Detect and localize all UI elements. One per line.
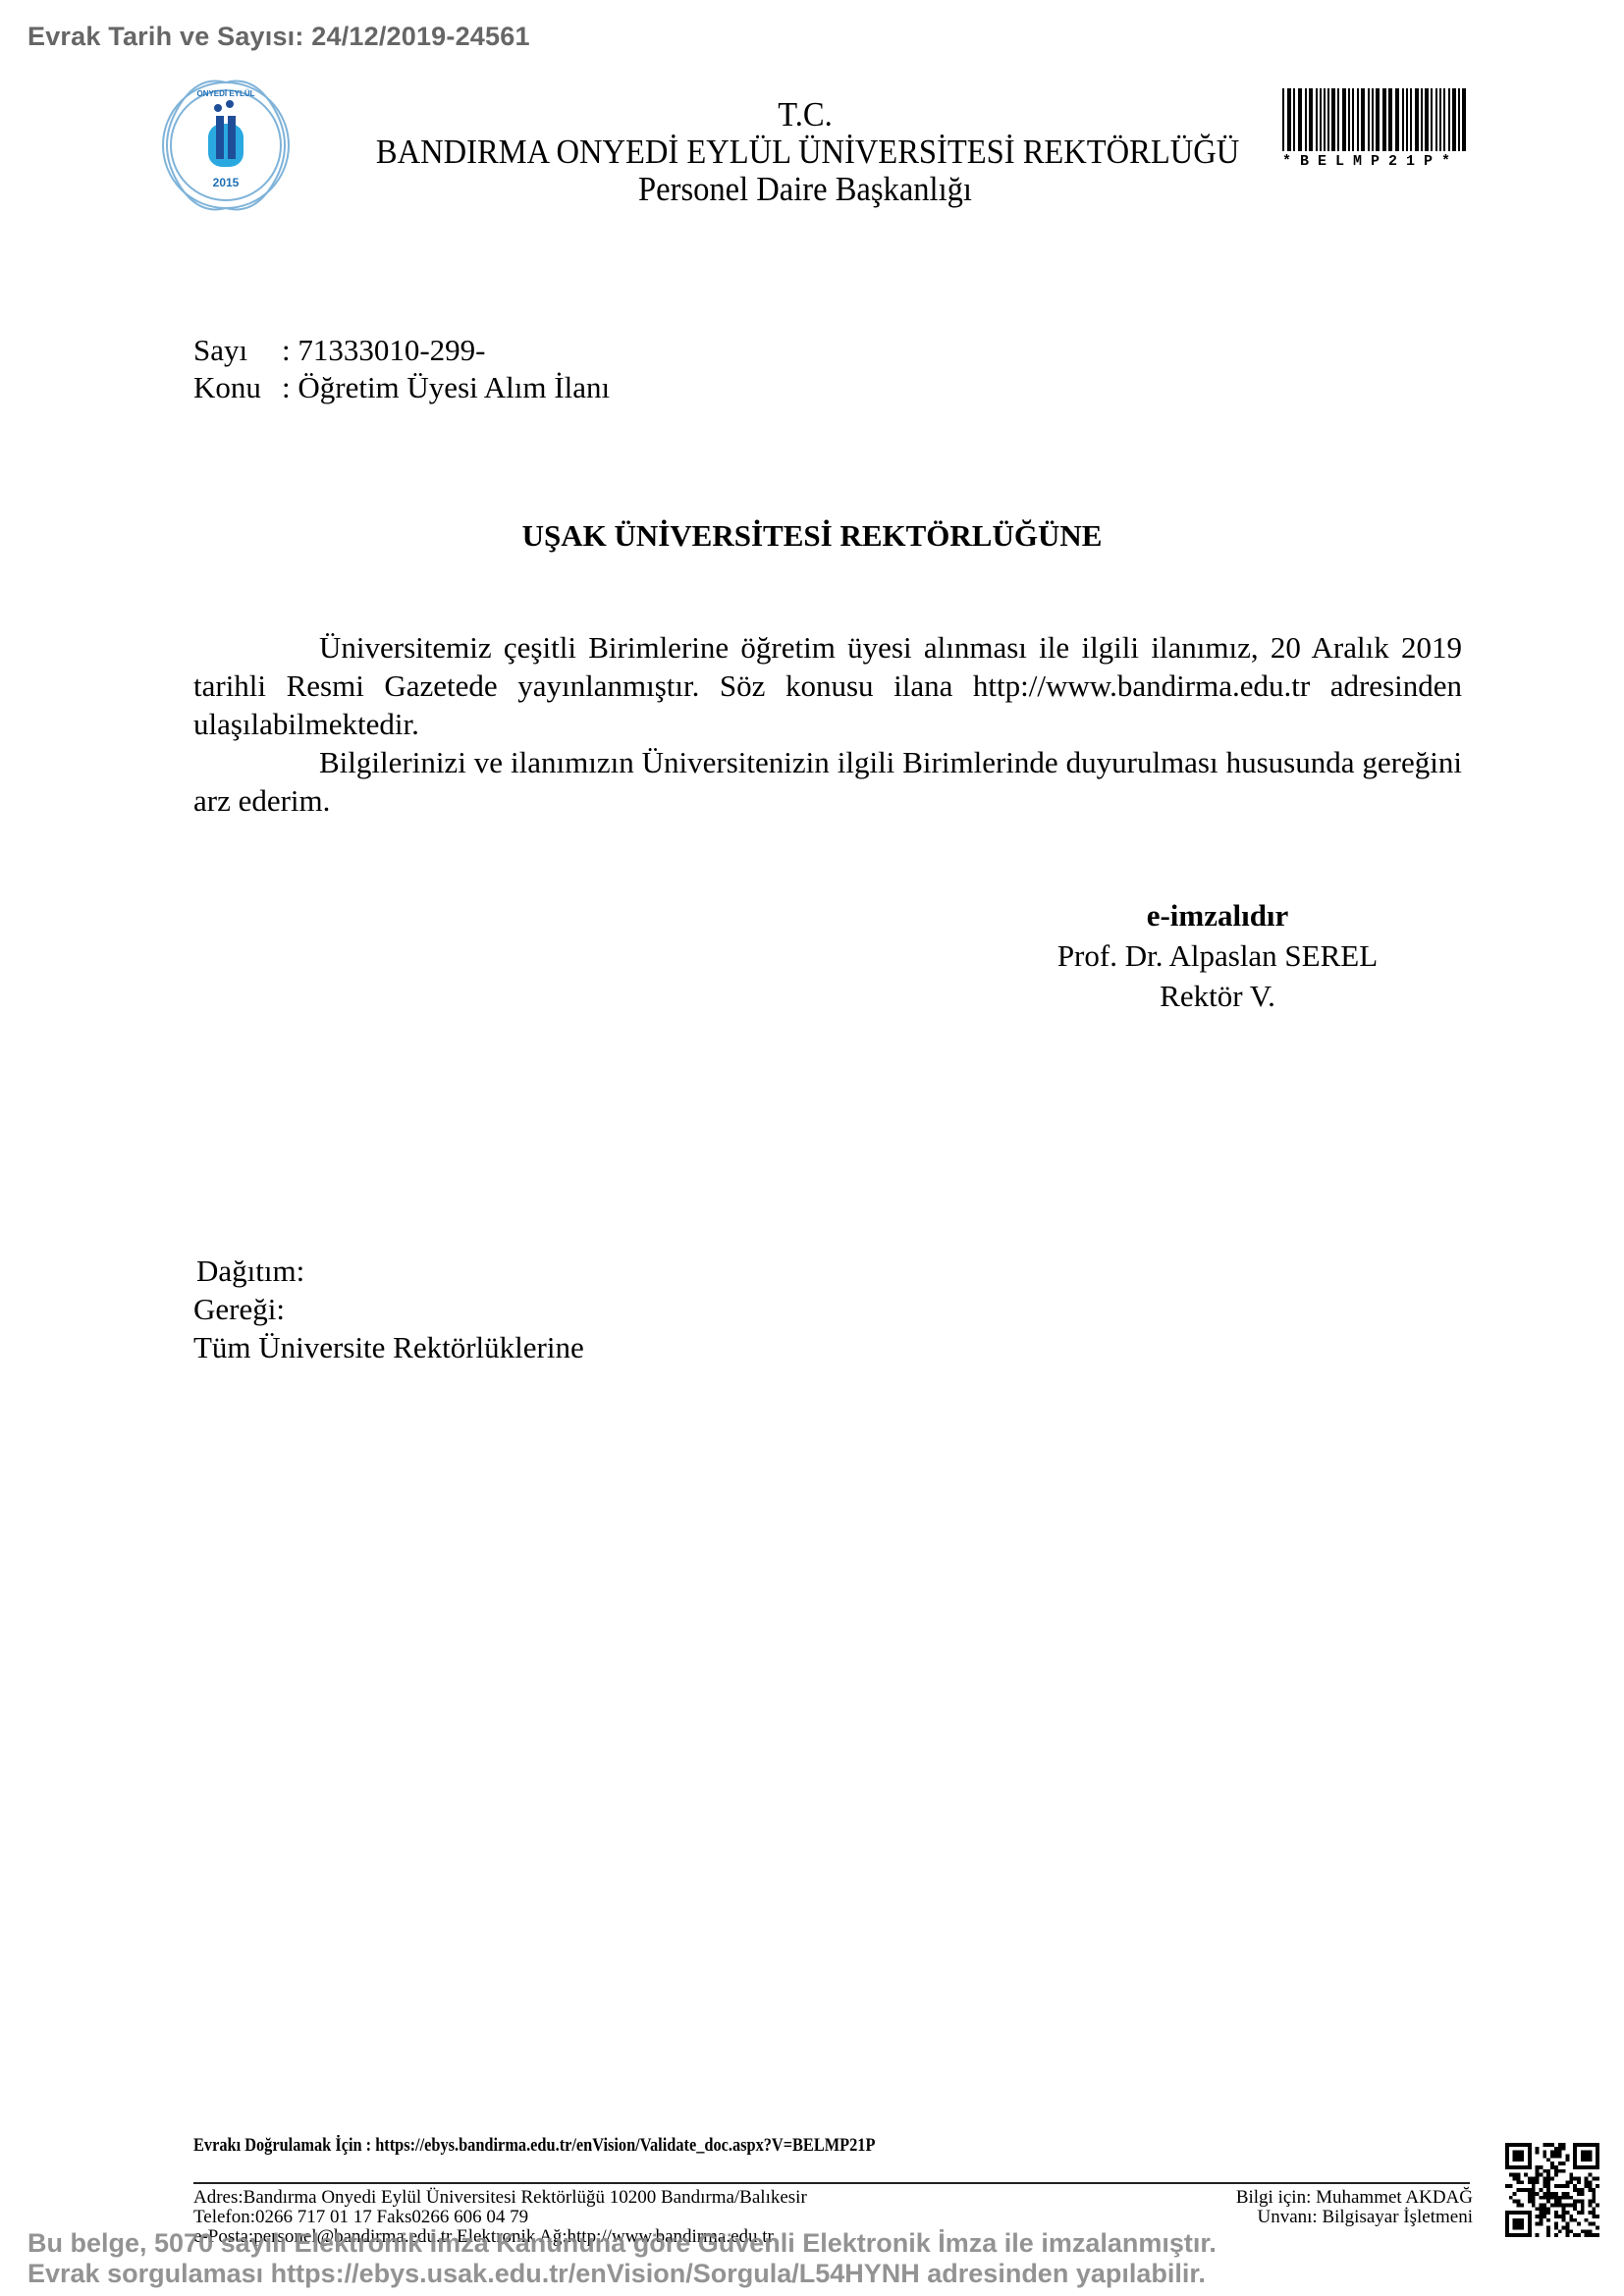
header-department: Personel Daire Başkanlığı — [376, 171, 1234, 208]
footer-divider — [193, 2182, 1470, 2184]
info-title: Unvanı: Bilgisayar İşletmeni — [1080, 2208, 1473, 2227]
body-paragraph: Bilgilerinizi ve ilanımızın Üniversiteni… — [193, 743, 1462, 820]
esignature-notice: Bu belge, 5070 sayılı Elektronik İmza Ka… — [27, 2228, 1217, 2289]
letter-body: Üniversitemiz çeşitli Birimlerine öğreti… — [193, 628, 1462, 820]
document-query-link[interactable]: Evrak sorgulaması https://ebys.usak.edu.… — [27, 2259, 1217, 2289]
sayi-label: Sayı — [193, 332, 282, 369]
distribution-label: Dağıtım: — [196, 1252, 584, 1290]
qr-code-icon — [1505, 2143, 1599, 2237]
signatory-title: Rektör V. — [1021, 976, 1414, 1016]
konu-label: Konu — [193, 369, 282, 406]
info-contact: Bilgi için: Muhammet AKDAĞ — [1080, 2188, 1473, 2208]
barcode-icon: *BELMP21P* — [1282, 88, 1498, 177]
sayi-row: Sayı : 71333010-299- — [193, 332, 610, 369]
validation-link[interactable]: Evrakı Doğrulamak İçin : https://ebys.ba… — [193, 2135, 875, 2157]
addressee: UŞAK ÜNİVERSİTESİ REKTÖRLÜĞÜNE — [0, 518, 1624, 554]
letterhead: T.C. BANDIRMA ONYEDİ EYLÜL ÜNİVERSİTESİ … — [376, 96, 1234, 208]
svg-text:2015: 2015 — [213, 176, 240, 189]
header-tc: T.C. — [376, 96, 1234, 133]
esignature-notice-line1: Bu belge, 5070 sayılı Elektronik İmza Ka… — [27, 2228, 1217, 2259]
body-paragraph: Üniversitemiz çeşitli Birimlerine öğreti… — [193, 628, 1462, 743]
distribution-block: Dağıtım: Gereği: Tüm Üniversite Rektörlü… — [193, 1252, 584, 1366]
footer-address: Adres:Bandırma Onyedi Eylül Üniversitesi… — [193, 2188, 807, 2208]
action-label: Gereği: — [193, 1290, 584, 1328]
konu-row: Konu : Öğretim Üyesi Alım İlanı — [193, 369, 610, 406]
svg-text:ONYEDİ EYLÜL: ONYEDİ EYLÜL — [196, 89, 254, 98]
barcode-text: *BELMP21P* — [1282, 153, 1498, 170]
sayi-value: : 71333010-299- — [282, 332, 486, 369]
document-meta: Sayı : 71333010-299- Konu : Öğretim Üyes… — [193, 332, 610, 406]
esign-label: e-imzalıdır — [1021, 895, 1414, 935]
header-institution: BANDIRMA ONYEDİ EYLÜL ÜNİVERSİTESİ REKTÖ… — [376, 133, 1234, 171]
konu-value: : Öğretim Üyesi Alım İlanı — [282, 369, 610, 406]
signatory-name: Prof. Dr. Alpaslan SEREL — [1021, 935, 1414, 976]
barcode-bars — [1282, 88, 1498, 151]
university-seal-icon: 2015 ONYEDİ EYLÜL — [157, 61, 295, 230]
footer-info: Bilgi için: Muhammet AKDAĞ Unvanı: Bilgi… — [1080, 2188, 1473, 2227]
document-date-number-stamp: Evrak Tarih ve Sayısı: 24/12/2019-24561 — [27, 22, 530, 52]
signature-block: e-imzalıdır Prof. Dr. Alpaslan SEREL Rek… — [1021, 895, 1414, 1016]
footer-phone: Telefon:0266 717 01 17 Faks0266 606 04 7… — [193, 2208, 807, 2227]
distribution-recipient: Tüm Üniversite Rektörlüklerine — [193, 1328, 584, 1366]
